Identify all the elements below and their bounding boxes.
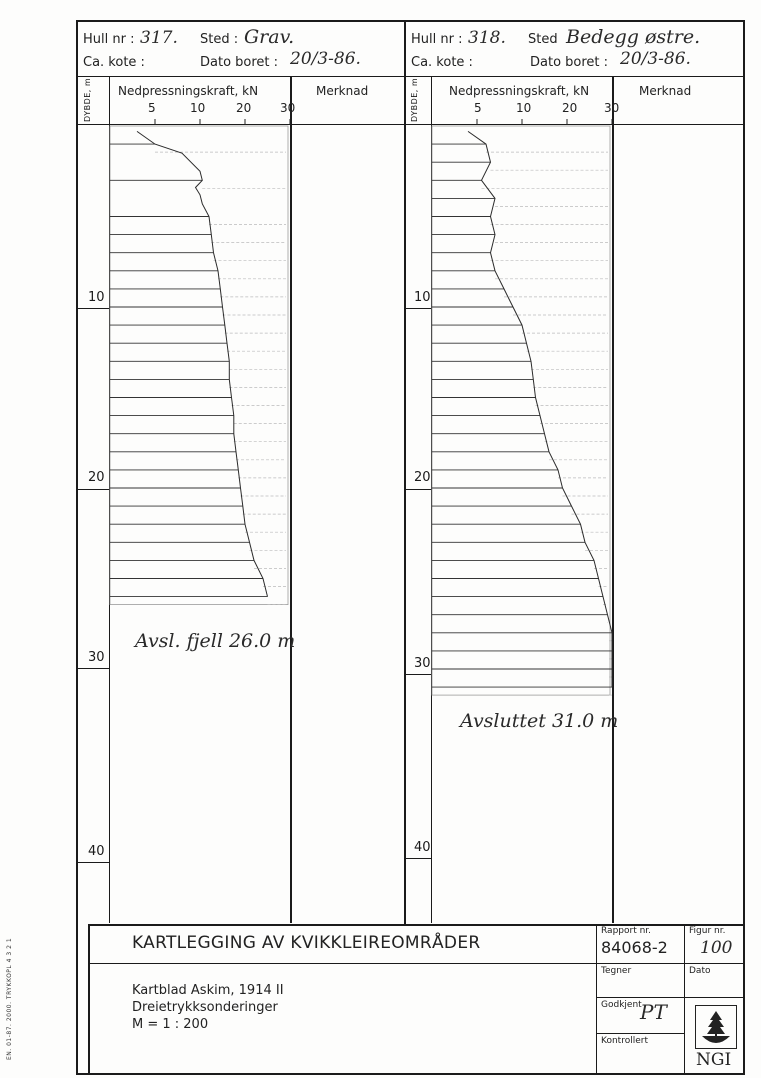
figur-number: 100 <box>700 938 732 958</box>
kontrollert-label: Kontrollert <box>601 1036 648 1046</box>
figur-label: Figur nr. <box>689 926 725 936</box>
method: Dreietrykksonderinger <box>132 1000 278 1015</box>
ngi-logo-text: NGI <box>696 1050 731 1070</box>
margin-print-info: EN. 01-87. 2000. TRYKKOPL 4 3 2 1 <box>6 938 13 1060</box>
title-row-divider <box>596 1033 685 1034</box>
rapport-label: Rapport nr. <box>601 926 651 936</box>
tree-bowl-icon <box>696 1006 736 1048</box>
rapport-number: 84068-2 <box>601 938 668 957</box>
title-row-divider <box>88 963 597 964</box>
scale: M = 1 : 200 <box>132 1017 208 1032</box>
map-sheet: Kartblad Askim, 1914 II <box>132 983 284 998</box>
drawing-sheet: Hull nr : 317. Sted : Grav. Ca. kote : D… <box>0 0 761 1078</box>
title-row-divider <box>596 997 745 998</box>
title-row-divider <box>596 963 745 964</box>
ngi-logo <box>695 1005 737 1049</box>
godkjent-label: Godkjent <box>601 1000 642 1010</box>
title-col-divider <box>684 924 685 1074</box>
title-block-left <box>88 924 90 1074</box>
project-title: KARTLEGGING AV KVIKKLEIREOMRÅDER <box>132 933 480 953</box>
tegner-label: Tegner <box>601 966 631 976</box>
title-col-divider <box>596 924 597 1074</box>
dato-label: Dato <box>689 966 710 976</box>
sounding-plots <box>0 0 761 1078</box>
godkjent-initials: PT <box>640 1000 667 1024</box>
